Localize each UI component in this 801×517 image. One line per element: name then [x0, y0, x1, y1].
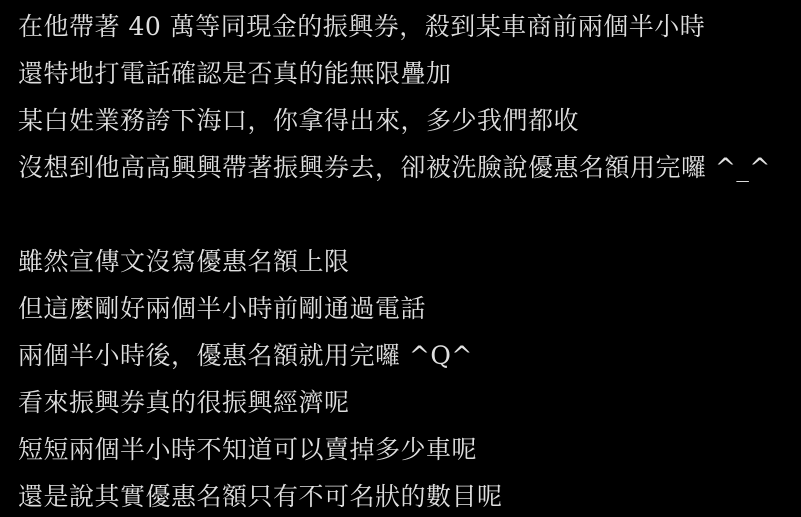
text-line-1: 在他帶著 40 萬等同現金的振興券，殺到某車商前兩個半小時 — [18, 3, 791, 50]
text-line-6: 但這麼剛好兩個半小時前剛通過電話 — [18, 285, 791, 332]
text-line-blank — [18, 191, 791, 238]
text-line-8: 看來振興券真的很振興經濟呢 — [18, 379, 791, 426]
text-line-10: 還是說其實優惠名額只有不可名狀的數目呢 — [18, 473, 791, 517]
text-line-9: 短短兩個半小時不知道可以賣掉多少車呢 — [18, 426, 791, 473]
text-line-4: 沒想到他高高興興帶著振興券去，卻被洗臉說優惠名額用完囉 ^_^ — [18, 144, 791, 191]
text-line-3: 某白姓業務誇下海口，你拿得出來，多少我們都收 — [18, 97, 791, 144]
text-line-7: 兩個半小時後，優惠名額就用完囉 ^Q^ — [18, 332, 791, 379]
text-line-5: 雖然宣傳文沒寫優惠名額上限 — [18, 238, 791, 285]
post-body: 在他帶著 40 萬等同現金的振興券，殺到某車商前兩個半小時 還特地打電話確認是否… — [0, 0, 801, 517]
text-line-2: 還特地打電話確認是否真的能無限疊加 — [18, 50, 791, 97]
